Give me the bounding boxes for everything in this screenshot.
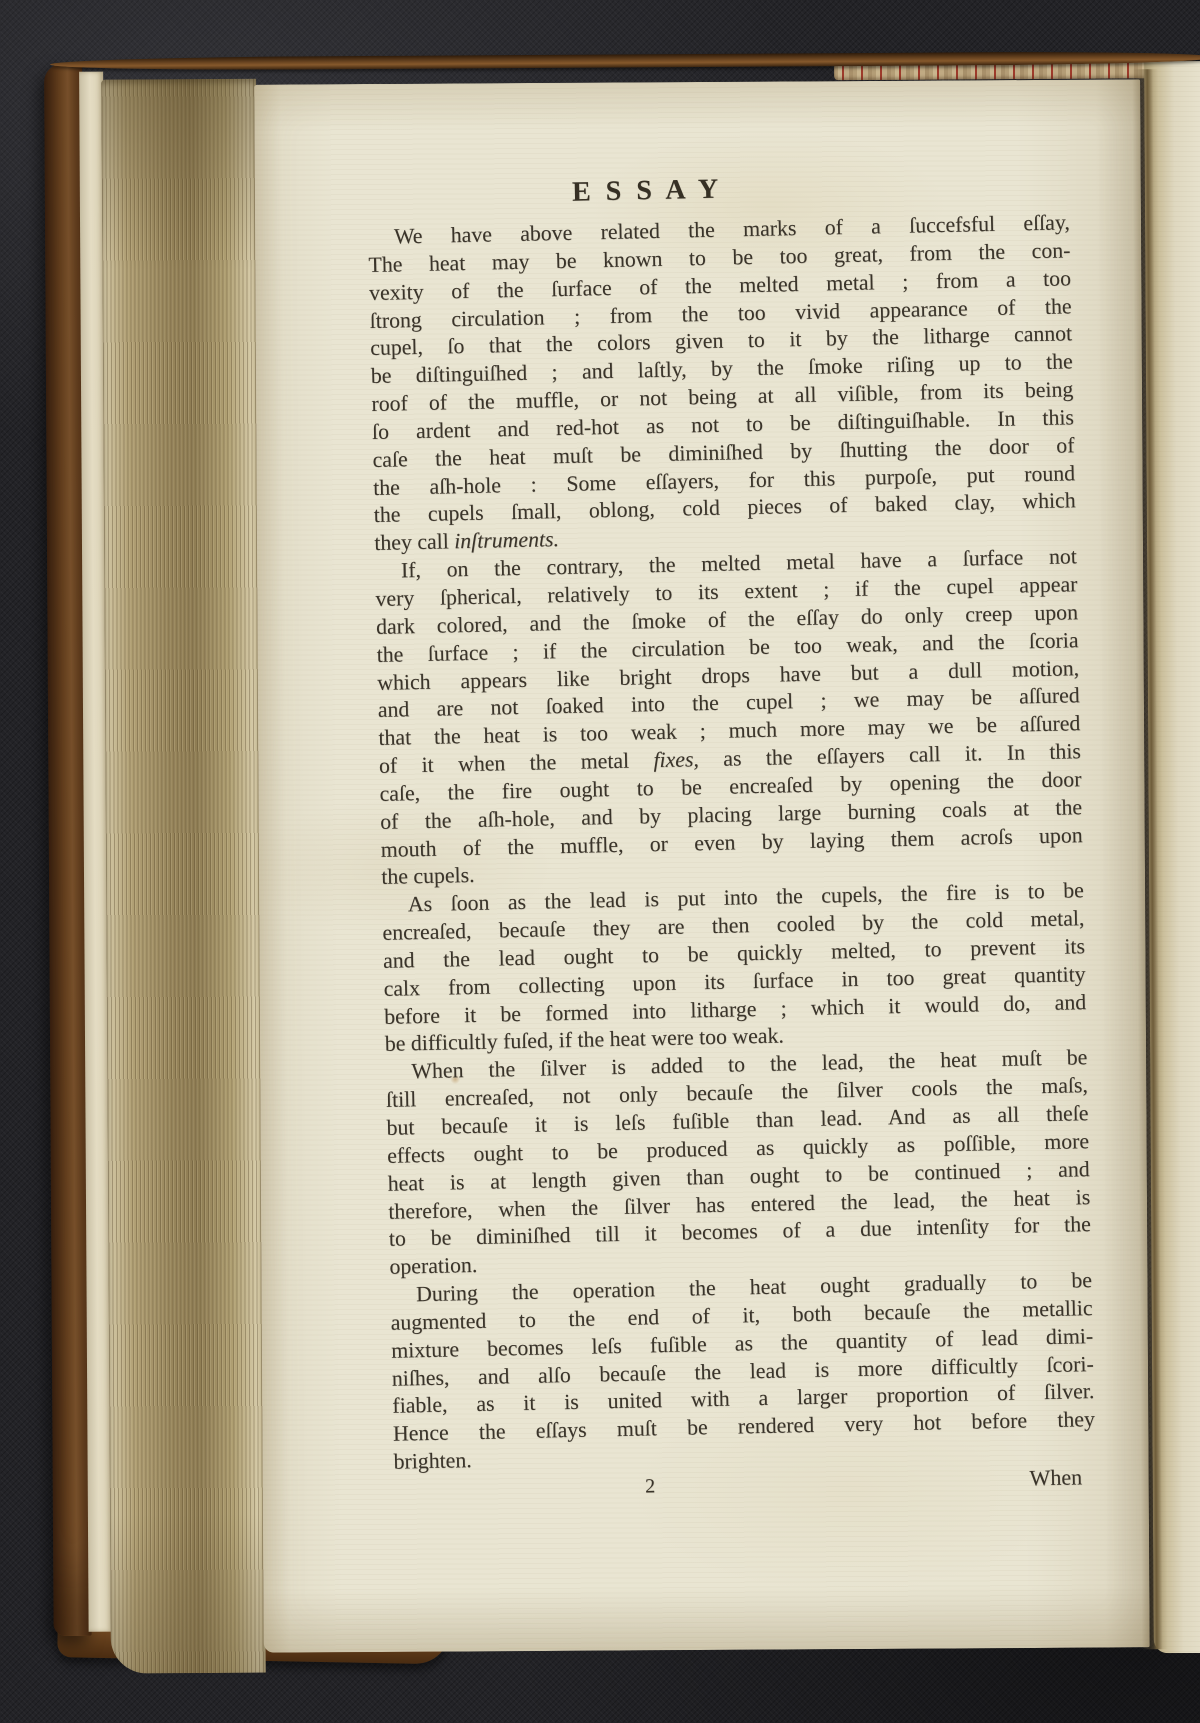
fore-edge-page-stack: [101, 79, 266, 1674]
printed-text-block: E S S A Y We have above related the mark…: [367, 167, 1097, 1505]
page-header: E S S A Y: [572, 167, 1070, 207]
book: E S S A Y We have above related the mark…: [44, 49, 1200, 1666]
text-body: We have above related the marks of a ſuc…: [368, 209, 1096, 1476]
catchword: When: [1029, 1463, 1082, 1492]
photo-backdrop: E S S A Y We have above related the mark…: [0, 0, 1200, 1723]
signature-mark: 2: [645, 1472, 656, 1500]
book-page: E S S A Y We have above related the mark…: [254, 79, 1150, 1652]
